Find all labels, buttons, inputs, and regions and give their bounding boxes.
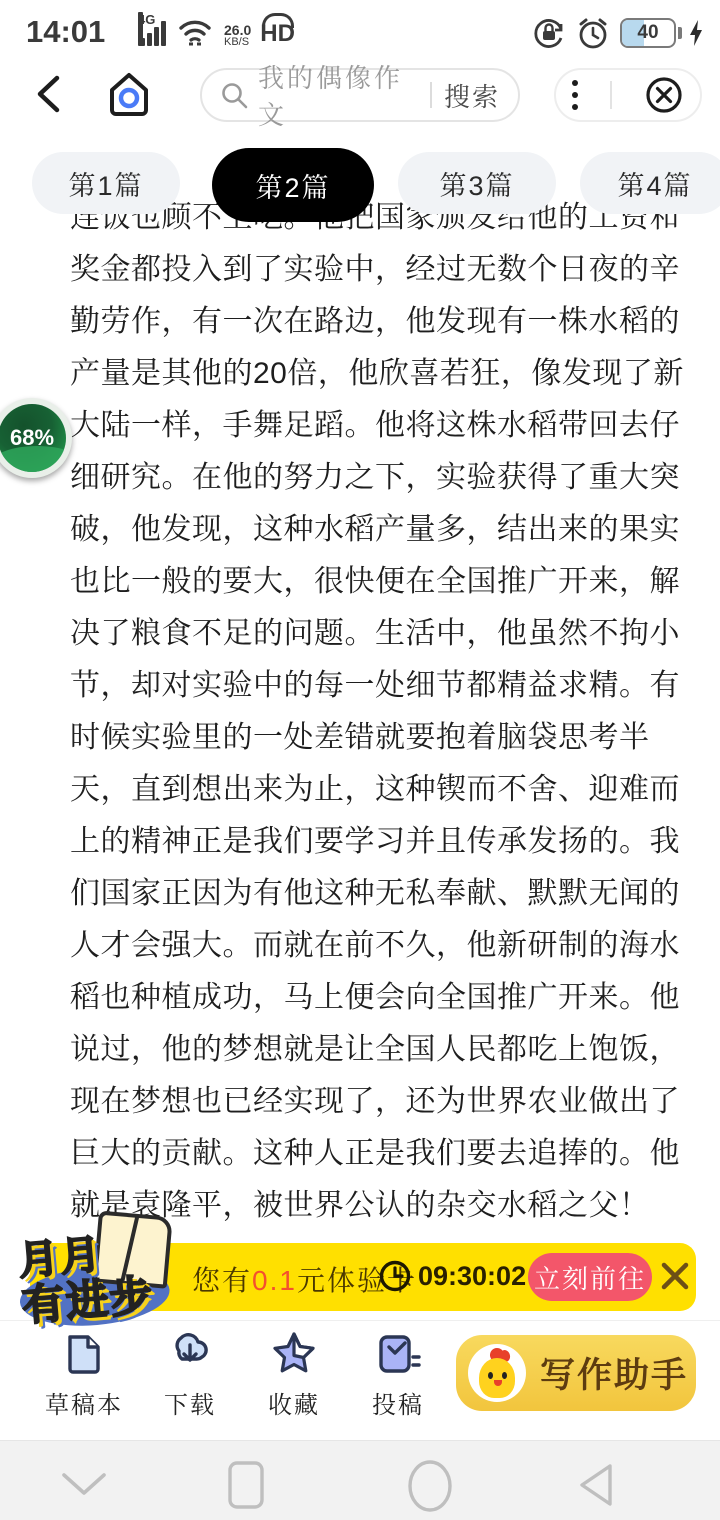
network-speed: 26.0 KB/S	[224, 24, 251, 48]
chapter-tabs: 第1篇 第2篇 第3篇 第4篇	[0, 148, 720, 222]
essay-line: 巨大的贡献。这种人正是我们要去追捧的。他	[70, 1128, 692, 1180]
favorite-button[interactable]: 收藏	[246, 1331, 342, 1420]
screen: 14:01 4G 26.0 KB/S HD	[0, 0, 720, 1520]
essay-line: 决了粮食不足的问题。生活中，他虽然不拘小	[70, 608, 692, 660]
promo-close-icon[interactable]	[656, 1257, 694, 1295]
essay-line: 现在梦想也已经实现了，还为世界农业做出了	[70, 1076, 692, 1128]
countdown-clock-icon	[378, 1259, 412, 1293]
search-icon	[220, 81, 248, 109]
network-indicators: 4G 26.0 KB/S HD	[140, 16, 295, 48]
essay-line: 大陆一样，手舞足蹈。他将这株水稻带回去仔	[70, 400, 692, 452]
hd-voice-icon: HD	[260, 20, 295, 48]
essay-line: 时候实验里的一处差错就要抱着脑袋思考半	[70, 712, 692, 764]
essay-line: 奖金都投入到了实验中，经过无数个日夜的辛	[70, 244, 692, 296]
recents-icon[interactable]	[222, 1459, 270, 1511]
essay-line: 细研究。在他的努力之下，实验获得了重大突	[70, 452, 692, 504]
assistant-label: 写作助手	[540, 1348, 688, 1398]
promo-amount: 0.1	[252, 1265, 297, 1296]
sticker-text-2: 有进步	[20, 1262, 157, 1333]
clock-time: 14:01	[26, 14, 105, 50]
search-input[interactable]: 我的偶像作文	[258, 58, 418, 132]
mascot-avatar	[468, 1344, 526, 1402]
status-bar: 14:01 4G 26.0 KB/S HD	[0, 0, 720, 60]
battery-cap	[678, 27, 682, 39]
promo-banner[interactable]: 月月 有进步 您有0.1元体验卡 09:30:02 立刻前往	[0, 1215, 720, 1340]
alarm-icon	[576, 16, 610, 50]
promo-sticker: 月月 有进步	[5, 1208, 185, 1344]
essay-content: 连饭也顾不上吃。他把国家颁发给他的工资和 奖金都投入到了实验中，经过无数个日夜的…	[70, 192, 692, 1232]
download-button[interactable]: 下载	[142, 1331, 238, 1420]
navbar: 我的偶像作文 搜索	[0, 60, 720, 132]
essay-line: 破，他发现，这种水稻产量多，结出来的果实	[70, 504, 692, 556]
more-menu-icon[interactable]	[572, 80, 578, 110]
home-icon[interactable]	[104, 70, 154, 118]
essay-line: 节，却对实验中的每一处细节都精益求精。有	[70, 660, 692, 712]
essay-line: 们国家正因为有他这种无私奉献、默默无闻的	[70, 868, 692, 920]
back-nav-icon[interactable]	[572, 1459, 620, 1511]
search-button[interactable]: 搜索	[444, 77, 500, 114]
battery-icon: 40	[620, 18, 676, 48]
window-controls	[554, 68, 702, 122]
essay-line: 上的精神正是我们要学习并且传承发扬的。我	[70, 816, 692, 868]
essay-line: 说过，他的梦想就是让全国人民都吃上饱饭，	[70, 1024, 692, 1076]
tab-essay-4[interactable]: 第4篇	[580, 152, 720, 214]
tab-essay-1[interactable]: 第1篇	[32, 152, 180, 214]
signal-strength-icon: 4G	[140, 18, 170, 48]
search-bar[interactable]: 我的偶像作文 搜索	[200, 68, 520, 122]
wifi-icon	[177, 16, 213, 48]
progress-circle: 68%	[0, 404, 66, 472]
countdown-timer: 09:30:02	[418, 1261, 526, 1292]
draft-button[interactable]: 草稿本	[36, 1331, 132, 1420]
hide-nav-icon[interactable]	[58, 1469, 110, 1499]
capsule-divider	[610, 81, 612, 109]
essay-line: 产量是其他的20倍，他欣喜若狂，像发现了新	[70, 348, 692, 400]
tab-essay-2-active[interactable]: 第2篇	[212, 148, 374, 222]
system-nav-bar	[0, 1440, 720, 1520]
writing-assistant-button[interactable]: 写作助手	[456, 1335, 696, 1411]
tab-essay-3[interactable]: 第3篇	[398, 152, 556, 214]
essay-line: 人才会强大。而就在前不久，他新研制的海水	[70, 920, 692, 972]
search-divider	[430, 82, 432, 108]
status-right-icons: 40	[532, 16, 704, 50]
rotation-lock-icon	[532, 16, 566, 50]
essay-line: 勤劳作，有一次在路边，他发现有一株水稻的	[70, 296, 692, 348]
back-icon[interactable]	[30, 74, 70, 114]
essay-line: 也比一般的要大，很快便在全国推广开来，解	[70, 556, 692, 608]
progress-percent: 68%	[10, 425, 54, 451]
close-app-icon[interactable]	[644, 75, 684, 115]
submit-button[interactable]: 投稿	[350, 1331, 446, 1420]
essay-line: 稻也种植成功，马上便会向全国推广开来。他	[70, 972, 692, 1024]
charging-icon	[688, 19, 704, 47]
home-nav-icon[interactable]	[404, 1459, 456, 1513]
promo-cta-button[interactable]: 立刻前往	[528, 1253, 652, 1301]
reading-progress-badge[interactable]: 68%	[0, 398, 72, 478]
essay-line: 天，直到想出来为止，这种锲而不舍、迎难而	[70, 764, 692, 816]
